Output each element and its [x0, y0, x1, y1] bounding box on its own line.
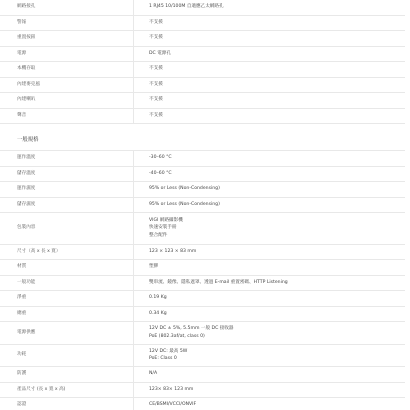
spec-label: 網路接孔: [0, 0, 134, 15]
spec-value: 雙串流、鏡像、隱私遮罩、透過 E-mail 重置密碼、HTTP Listenin…: [134, 275, 406, 291]
spec-label: 包裝內容: [0, 213, 134, 245]
spec-row: 警報 不支援: [0, 15, 405, 31]
spec-value: -40–60 °C: [134, 166, 406, 182]
spec-row: 一般功能 雙串流、鏡像、隱私遮罩、透過 E-mail 重置密碼、HTTP Lis…: [0, 275, 405, 291]
spec-row: 網路接孔 1 RJ45 10/100M 自適應乙太網路孔: [0, 0, 405, 15]
spec-label: 淨重: [0, 291, 134, 307]
spec-table-general: 運作溫度 -30–60 °C 儲存溫度 -40–60 °C 運作濕度 95% o…: [0, 150, 405, 410]
power-line: 12V DC ± 5%, 5.5mm 一般 DC 接收器: [149, 325, 405, 333]
spec-row: 淨重 0.19 Kg: [0, 291, 405, 307]
spec-label: 功耗: [0, 344, 134, 367]
spec-value: 0.34 Kg: [134, 306, 406, 322]
spec-label: 防護: [0, 367, 134, 383]
spec-row: 功耗 12V DC: 最高 5W PoE: Class 0: [0, 344, 405, 367]
spec-row: 認證 CE/BSMI/VCCI/ONVIF: [0, 398, 405, 410]
spec-row: 儲存溫度 -40–60 °C: [0, 166, 405, 182]
spec-label: 認證: [0, 398, 134, 410]
spec-value: -30–60 °C: [134, 151, 406, 167]
spec-row: 運作濕度 95% or Less (Non-Condensing): [0, 182, 405, 198]
spec-label: 一般功能: [0, 275, 134, 291]
spec-table-top: 網路接孔 1 RJ45 10/100M 自適應乙太網路孔 警報 不支援 重置按鈕…: [0, 0, 405, 124]
consumption-line: PoE: Class 0: [149, 355, 405, 363]
spec-label: 內建喇叭: [0, 93, 134, 109]
spec-row: 防護 N/A: [0, 367, 405, 383]
spec-row: 重置按鈕 不支援: [0, 31, 405, 47]
spec-value: DC 電源孔: [134, 46, 406, 62]
section-title: 一般規格: [17, 135, 39, 143]
spec-label: 運作濕度: [0, 182, 134, 198]
spec-value: 95% or Less (Non-Condensing): [134, 197, 406, 213]
spec-label: 尺寸（高 x 長 x 寬）: [0, 244, 134, 260]
spec-label: 本機存取: [0, 62, 134, 78]
spec-value: 不支援: [134, 31, 406, 47]
spec-label: 運作溫度: [0, 151, 134, 167]
section-header: 一般規格: [0, 124, 405, 150]
spec-row: 儲存濕度 95% or Less (Non-Condensing): [0, 197, 405, 213]
spec-value: 123× 83× 123 mm: [134, 382, 406, 398]
spec-value: 不支援: [134, 15, 406, 31]
spec-row: 運作溫度 -30–60 °C: [0, 151, 405, 167]
spec-row: 聲音 不支援: [0, 108, 405, 124]
spec-row: 材質 塑膠: [0, 260, 405, 276]
spec-label: 產品尺寸 (長 x 寬 x 高): [0, 382, 134, 398]
spec-label: 內建麥克風: [0, 77, 134, 93]
package-item: 快速安裝手冊: [149, 224, 405, 232]
spec-row: 內建麥克風 不支援: [0, 77, 405, 93]
spec-value: 95% or Less (Non-Condensing): [134, 182, 406, 198]
spec-value: 塑膠: [134, 260, 406, 276]
spec-row: 電源供應 12V DC ± 5%, 5.5mm 一般 DC 接收器 PoE (8…: [0, 322, 405, 345]
spec-value: 12V DC ± 5%, 5.5mm 一般 DC 接收器 PoE (802.3a…: [134, 322, 406, 345]
spec-label: 重置按鈕: [0, 31, 134, 47]
spec-row: 電源 DC 電源孔: [0, 46, 405, 62]
spec-label: 電源: [0, 46, 134, 62]
spec-value: 不支援: [134, 108, 406, 124]
spec-label: 總重: [0, 306, 134, 322]
spec-label: 儲存溫度: [0, 166, 134, 182]
spec-row: 總重 0.34 Kg: [0, 306, 405, 322]
spec-row: 產品尺寸 (長 x 寬 x 高) 123× 83× 123 mm: [0, 382, 405, 398]
spec-label: 材質: [0, 260, 134, 276]
spec-value: 123 × 123 × 83 mm: [134, 244, 406, 260]
spec-value: 不支援: [134, 62, 406, 78]
spec-row: 包裝內容 VIGI 網路攝影機 快速安裝手冊 整合配件: [0, 213, 405, 245]
spec-label: 警報: [0, 15, 134, 31]
spec-page: 網路接孔 1 RJ45 10/100M 自適應乙太網路孔 警報 不支援 重置按鈕…: [0, 0, 405, 410]
spec-value: CE/BSMI/VCCI/ONVIF: [134, 398, 406, 410]
power-line: PoE (802.3af/at, class 0): [149, 333, 405, 341]
spec-value: 不支援: [134, 77, 406, 93]
spec-label: 聲音: [0, 108, 134, 124]
spec-label: 電源供應: [0, 322, 134, 345]
spec-value: N/A: [134, 367, 406, 383]
spec-value: VIGI 網路攝影機 快速安裝手冊 整合配件: [134, 213, 406, 245]
spec-value: 1 RJ45 10/100M 自適應乙太網路孔: [134, 0, 406, 15]
spec-row: 尺寸（高 x 長 x 寬） 123 × 123 × 83 mm: [0, 244, 405, 260]
consumption-line: 12V DC: 最高 5W: [149, 348, 405, 356]
spec-value: 12V DC: 最高 5W PoE: Class 0: [134, 344, 406, 367]
spec-label: 儲存濕度: [0, 197, 134, 213]
spec-row: 內建喇叭 不支援: [0, 93, 405, 109]
spec-value: 0.19 Kg: [134, 291, 406, 307]
package-item: VIGI 網路攝影機: [149, 217, 405, 225]
spec-row: 本機存取 不支援: [0, 62, 405, 78]
spec-value: 不支援: [134, 93, 406, 109]
package-item: 整合配件: [149, 232, 405, 240]
